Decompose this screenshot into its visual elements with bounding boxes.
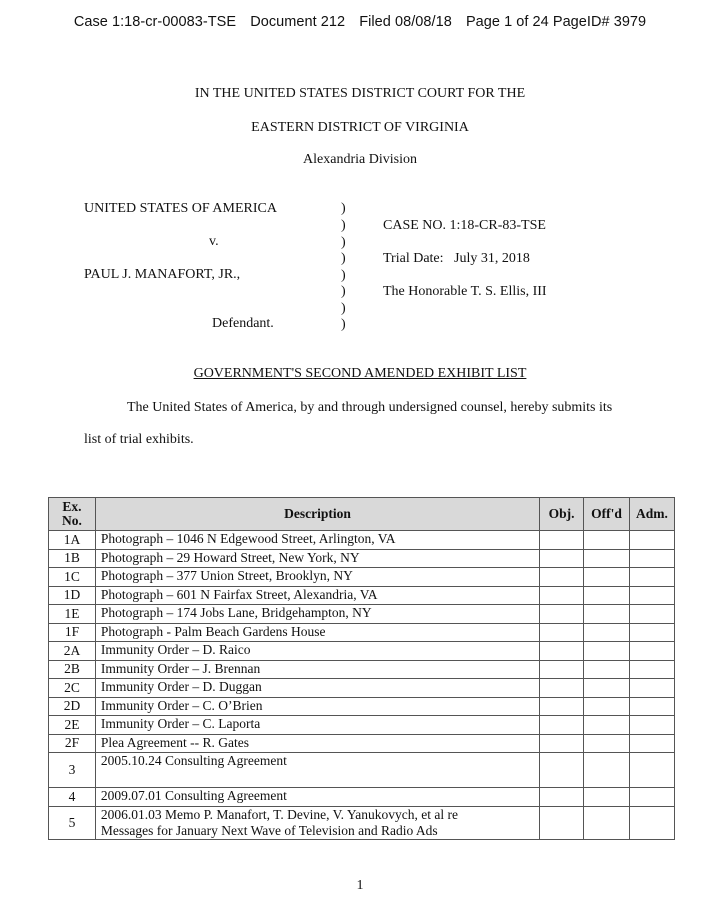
exhibit-number: 2D [49, 697, 96, 716]
exhibit-description: Immunity Order – D. Raico [95, 642, 539, 661]
header-ex-no-line1: Ex. [62, 499, 81, 514]
exhibit-description-text: 2005.10.24 Consulting Agreement [101, 753, 287, 768]
exhibit-description-text: Photograph – 29 Howard Street, New York,… [101, 550, 360, 565]
exhibit-offered-cell [584, 568, 630, 587]
exhibit-description-text: 2009.07.01 Consulting Agreement [101, 788, 287, 803]
exhibit-admitted-cell [629, 753, 674, 788]
exhibit-admitted-cell [629, 679, 674, 698]
intro-paragraph-line1: The United States of America, by and thr… [127, 400, 612, 416]
exhibit-offered-cell [584, 623, 630, 642]
caption-defendant-label: Defendant. [212, 316, 274, 332]
exhibit-obj-cell [540, 605, 584, 624]
trial-date: Trial Date: July 31, 2018 [383, 251, 530, 267]
exhibit-obj-cell [540, 788, 584, 807]
exhibit-row: 1CPhotograph – 377 Union Street, Brookly… [49, 568, 675, 587]
exhibit-table-body: 1APhotograph – 1046 N Edgewood Street, A… [49, 531, 675, 840]
caption-paren: ) [341, 251, 346, 267]
exhibit-description: 2005.10.24 Consulting Agreement [95, 753, 539, 788]
exhibit-row: 1BPhotograph – 29 Howard Street, New Yor… [49, 549, 675, 568]
exhibit-obj-cell [540, 660, 584, 679]
exhibit-description: Immunity Order – C. O’Brien [95, 697, 539, 716]
ecf-filing-header: Case 1:18-cr-00083-TSE Document 212 File… [0, 14, 720, 30]
document-title: GOVERNMENT'S SECOND AMENDED EXHIBIT LIST [0, 366, 720, 382]
exhibit-description: Photograph – 29 Howard Street, New York,… [95, 549, 539, 568]
exhibit-admitted-cell [629, 788, 674, 807]
exhibit-description-text: Photograph – 601 N Fairfax Street, Alexa… [101, 587, 378, 602]
exhibit-row: 1APhotograph – 1046 N Edgewood Street, A… [49, 531, 675, 550]
exhibit-obj-cell [540, 586, 584, 605]
exhibit-description: Immunity Order – J. Brennan [95, 660, 539, 679]
exhibit-description-text: Photograph – 377 Union Street, Brooklyn,… [101, 568, 353, 583]
exhibit-number: 3 [49, 753, 96, 788]
exhibit-number: 1D [49, 586, 96, 605]
exhibit-description-text-line2: Messages for January Next Wave of Televi… [101, 823, 438, 838]
exhibit-description: Photograph – 1046 N Edgewood Street, Arl… [95, 531, 539, 550]
intro-paragraph-line2: list of trial exhibits. [84, 432, 194, 448]
caption-paren: ) [341, 201, 346, 217]
exhibit-description-text: Photograph – 1046 N Edgewood Street, Arl… [101, 531, 396, 546]
exhibit-number: 5 [49, 806, 96, 839]
exhibit-description: Plea Agreement -- R. Gates [95, 734, 539, 753]
exhibit-row: 2DImmunity Order – C. O’Brien [49, 697, 675, 716]
caption-paren: ) [341, 235, 346, 251]
exhibit-table-header: Ex.No. Description Obj. Off'd Adm. [49, 498, 675, 531]
exhibit-admitted-cell [629, 697, 674, 716]
header-ex-no: Ex.No. [49, 498, 96, 531]
exhibit-admitted-cell [629, 716, 674, 735]
exhibit-offered-cell [584, 788, 630, 807]
exhibit-offered-cell [584, 806, 630, 839]
caption-defendant-name: PAUL J. MANAFORT, JR., [84, 267, 240, 283]
exhibit-description-text: Photograph - Palm Beach Gardens House [101, 624, 326, 639]
exhibit-description: Photograph – 174 Jobs Lane, Bridgehampto… [95, 605, 539, 624]
exhibit-offered-cell [584, 753, 630, 788]
exhibit-row: 2AImmunity Order – D. Raico [49, 642, 675, 661]
ecf-filed-date: Filed 08/08/18 [359, 14, 452, 30]
exhibit-obj-cell [540, 549, 584, 568]
court-division: Alexandria Division [0, 152, 720, 168]
exhibit-description: Photograph – 377 Union Street, Brooklyn,… [95, 568, 539, 587]
exhibit-description-text: Photograph – 174 Jobs Lane, Bridgehampto… [101, 605, 372, 620]
exhibit-description-text: Immunity Order – D. Duggan [101, 679, 262, 694]
caption-paren: ) [341, 317, 346, 333]
exhibit-number: 2B [49, 660, 96, 679]
exhibit-offered-cell [584, 549, 630, 568]
exhibit-description: Photograph - Palm Beach Gardens House [95, 623, 539, 642]
ecf-document-number: Document 212 [250, 14, 345, 30]
caption-paren: ) [341, 284, 346, 300]
exhibit-admitted-cell [629, 623, 674, 642]
exhibit-admitted-cell [629, 531, 674, 550]
exhibit-row: 42009.07.01 Consulting Agreement [49, 788, 675, 807]
exhibit-description: Immunity Order – D. Duggan [95, 679, 539, 698]
exhibit-number: 2A [49, 642, 96, 661]
exhibit-offered-cell [584, 531, 630, 550]
exhibit-row: 32005.10.24 Consulting Agreement [49, 753, 675, 788]
exhibit-offered-cell [584, 660, 630, 679]
exhibit-row: 52006.01.03 Memo P. Manafort, T. Devine,… [49, 806, 675, 839]
exhibit-offered-cell [584, 697, 630, 716]
exhibit-obj-cell [540, 642, 584, 661]
ecf-page-info: Page 1 of 24 PageID# 3979 [466, 14, 646, 30]
header-adm: Adm. [629, 498, 674, 531]
exhibit-description: 2006.01.03 Memo P. Manafort, T. Devine, … [95, 806, 539, 839]
exhibit-offered-cell [584, 605, 630, 624]
page-number: 1 [0, 878, 720, 894]
header-obj: Obj. [540, 498, 584, 531]
court-name-line1: IN THE UNITED STATES DISTRICT COURT FOR … [0, 86, 720, 102]
caption-plaintiff: UNITED STATES OF AMERICA [84, 201, 277, 217]
exhibit-offered-cell [584, 716, 630, 735]
exhibit-description: Photograph – 601 N Fairfax Street, Alexa… [95, 586, 539, 605]
exhibit-description-text: Plea Agreement -- R. Gates [101, 735, 249, 750]
exhibit-obj-cell [540, 623, 584, 642]
caption-paren: ) [341, 268, 346, 284]
exhibit-offered-cell [584, 586, 630, 605]
exhibit-row: 1EPhotograph – 174 Jobs Lane, Bridgehamp… [49, 605, 675, 624]
exhibit-row: 2CImmunity Order – D. Duggan [49, 679, 675, 698]
exhibit-row: 1FPhotograph - Palm Beach Gardens House [49, 623, 675, 642]
exhibit-number: 1F [49, 623, 96, 642]
court-name-line2: EASTERN DISTRICT OF VIRGINIA [0, 120, 720, 136]
exhibit-obj-cell [540, 531, 584, 550]
exhibit-description-text: Immunity Order – C. Laporta [101, 716, 260, 731]
exhibit-row: 2EImmunity Order – C. Laporta [49, 716, 675, 735]
exhibit-offered-cell [584, 679, 630, 698]
exhibit-obj-cell [540, 734, 584, 753]
header-description: Description [95, 498, 539, 531]
exhibit-number: 1B [49, 549, 96, 568]
case-number: CASE NO. 1:18-CR-83-TSE [383, 218, 546, 234]
caption-paren: ) [341, 301, 346, 317]
exhibit-obj-cell [540, 753, 584, 788]
exhibit-row: 2BImmunity Order – J. Brennan [49, 660, 675, 679]
exhibit-row: 1DPhotograph – 601 N Fairfax Street, Ale… [49, 586, 675, 605]
exhibit-table: Ex.No. Description Obj. Off'd Adm. 1APho… [48, 497, 675, 840]
exhibit-obj-cell [540, 806, 584, 839]
exhibit-number: 4 [49, 788, 96, 807]
document-title-text: GOVERNMENT'S SECOND AMENDED EXHIBIT LIST [194, 366, 527, 381]
exhibit-admitted-cell [629, 568, 674, 587]
exhibit-number: 1A [49, 531, 96, 550]
exhibit-admitted-cell [629, 806, 674, 839]
exhibit-description-text: Immunity Order – J. Brennan [101, 661, 260, 676]
header-ex-no-line2: No. [62, 513, 82, 528]
exhibit-admitted-cell [629, 549, 674, 568]
caption-versus: v. [209, 234, 219, 250]
header-offd: Off'd [584, 498, 630, 531]
exhibit-admitted-cell [629, 734, 674, 753]
exhibit-description-text: 2006.01.03 Memo P. Manafort, T. Devine, … [101, 807, 458, 822]
exhibit-admitted-cell [629, 642, 674, 661]
exhibit-obj-cell [540, 716, 584, 735]
exhibit-offered-cell [584, 642, 630, 661]
exhibit-description: 2009.07.01 Consulting Agreement [95, 788, 539, 807]
caption-paren: ) [341, 218, 346, 234]
exhibit-number: 1E [49, 605, 96, 624]
exhibit-obj-cell [540, 679, 584, 698]
exhibit-number: 2E [49, 716, 96, 735]
exhibit-row: 2FPlea Agreement -- R. Gates [49, 734, 675, 753]
judge-name: The Honorable T. S. Ellis, III [383, 284, 547, 300]
exhibit-admitted-cell [629, 605, 674, 624]
exhibit-obj-cell [540, 568, 584, 587]
exhibit-obj-cell [540, 697, 584, 716]
exhibit-description: Immunity Order – C. Laporta [95, 716, 539, 735]
exhibit-admitted-cell [629, 586, 674, 605]
exhibit-description-text: Immunity Order – D. Raico [101, 642, 251, 657]
exhibit-admitted-cell [629, 660, 674, 679]
exhibit-number: 2F [49, 734, 96, 753]
exhibit-number: 1C [49, 568, 96, 587]
ecf-case-number: Case 1:18-cr-00083-TSE [74, 14, 236, 30]
exhibit-offered-cell [584, 734, 630, 753]
exhibit-number: 2C [49, 679, 96, 698]
exhibit-description-text: Immunity Order – C. O’Brien [101, 698, 263, 713]
